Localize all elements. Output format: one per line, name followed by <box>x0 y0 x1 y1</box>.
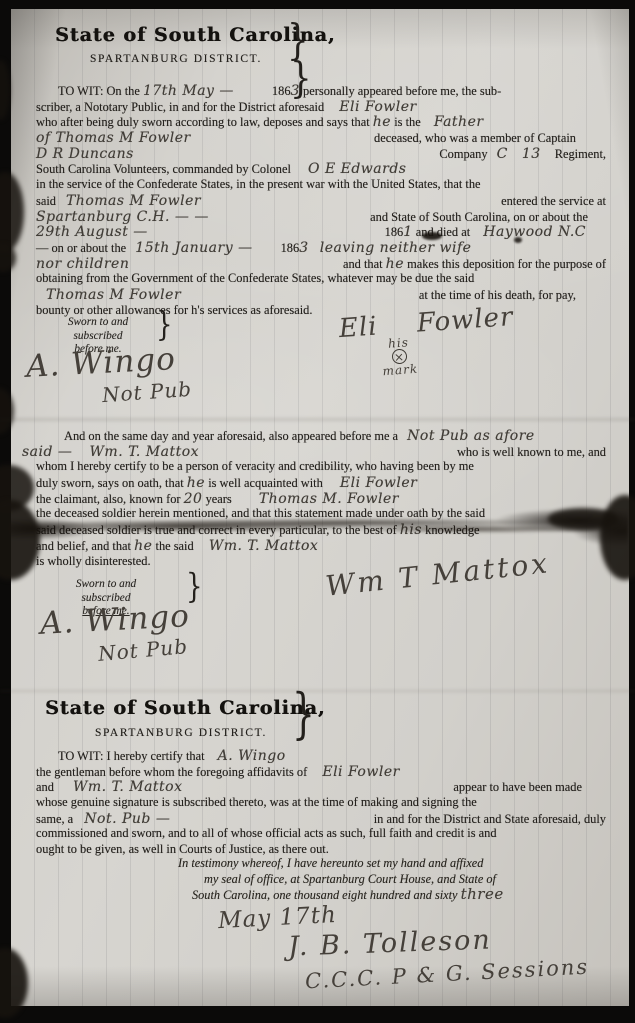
form-line: commissioned and sworn, and to all of wh… <box>36 826 606 842</box>
form-line: nor childrenand that he makes this depos… <box>36 256 606 272</box>
hw-soldier-name: Thomas M. Fowler <box>259 491 399 507</box>
hw-soldier-name: Thomas M Fowler <box>66 193 201 209</box>
hw-death-date: 15th January — <box>135 240 252 256</box>
hw-notary-capacity: said — <box>22 444 72 460</box>
hw-notary-capacity: Not Pub as afore <box>407 428 535 444</box>
form-line: Spartanburg C.H. — —and State of South C… <box>36 209 606 225</box>
brace-glyph: } <box>292 684 315 746</box>
hw-year-digit: 3 <box>291 83 300 99</box>
hw-pronoun: he <box>386 256 404 272</box>
hw-soldier-name: Thomas M Fowler <box>46 287 181 303</box>
hw-notary-capacity: Not. Pub — <box>84 811 170 827</box>
fold-crease <box>0 418 635 421</box>
hw-year-digit: 1 <box>403 224 412 240</box>
district-heading-2: SPARTANBURG DISTRICT. <box>95 727 267 739</box>
form-line: and Wm. T. Mattoxappear to have been mad… <box>36 779 606 795</box>
hw-claimant-name: Eli Fowler <box>340 475 417 491</box>
state-heading-2: State of South Carolina, <box>45 697 325 719</box>
form-line: South Carolina Volunteers, commanded by … <box>36 161 606 177</box>
hw-regiment-no: 13 <box>522 146 541 162</box>
form-line: in the service of the Confederate States… <box>36 177 606 193</box>
form-line: Thomas M Fowlerat the time of his death,… <box>36 287 606 303</box>
hw-notary-name: A. Wingo <box>218 748 286 764</box>
form-line: And on the same day and year aforesaid, … <box>36 428 606 444</box>
claimant-signature: Elihis×markFowler <box>338 302 517 380</box>
affidavit1-body: TO WIT: On the 17th May —1863 personally… <box>36 83 606 318</box>
hw-death-place: Haywood N.C <box>483 224 586 240</box>
form-line: same, a Not. Pub —in and for the Distric… <box>36 811 606 827</box>
hw-year-digit: 3 <box>299 240 308 256</box>
affidavit2-body: And on the same day and year aforesaid, … <box>36 428 606 569</box>
certification-body: TO WIT: I hereby certify that A. Wingo t… <box>36 748 606 858</box>
form-line: scriber, a Nototary Public, in and for t… <box>36 99 606 115</box>
hw-captain-name: D R Duncans <box>36 146 134 162</box>
brace-glyph: } <box>156 306 173 345</box>
testimony-clause: In testimony whereof, I have hereunto se… <box>178 856 504 904</box>
form-line: said — Wm. T. Mattoxwho is well known to… <box>36 444 606 460</box>
tear-stain-band <box>8 506 628 548</box>
hw-colonel-name: O E Edwards <box>308 161 406 177</box>
hw-company: C <box>497 146 508 162</box>
form-line: of Thomas M Fowlerdeceased, who was a me… <box>36 130 606 146</box>
hw-year-word: three <box>461 885 504 903</box>
hw-enlist-date: 29th August — <box>36 224 148 240</box>
hw-witness-name: Wm. T. Mattox <box>90 444 200 460</box>
stain <box>0 60 10 120</box>
hw-relation: Father <box>434 114 484 130</box>
hw-witness-name: Wm. T. Mattox <box>73 779 183 795</box>
hw-pronoun: he <box>373 114 391 130</box>
fold-crease <box>0 690 635 692</box>
form-line: D R DuncansCompany C13Regiment, <box>36 146 606 162</box>
form-line: the gentleman before whom the foregoing … <box>36 764 606 780</box>
hw-survivors: leaving neither wife <box>320 240 472 256</box>
hw-date: 17th May — <box>143 83 234 99</box>
stain <box>548 508 618 530</box>
hw-soldier-name: of Thomas M Fowler <box>36 130 191 146</box>
hw-enlist-place: Spartanburg C.H. — — <box>36 209 209 225</box>
hw-years-known: 20 <box>184 491 203 507</box>
form-line: obtaining from the Government of the Con… <box>36 271 606 287</box>
his-mark: his×mark <box>380 336 418 377</box>
form-line: whose genuine signature is subscribed th… <box>36 795 606 811</box>
hw-pronoun: he <box>187 475 205 491</box>
ink-blot <box>514 237 522 243</box>
document-scan: State of South Carolina, } } SPARTANBURG… <box>0 0 635 1023</box>
form-line: the claimant, also, known for 20 years T… <box>36 491 606 507</box>
district-heading-1: SPARTANBURG DISTRICT. <box>90 53 262 65</box>
form-line: duly sworn, says on oath, that he is wel… <box>36 475 606 491</box>
form-line: TO WIT: I hereby certify that A. Wingo <box>36 748 606 764</box>
hw-claimant-name: Eli Fowler <box>339 99 416 115</box>
form-line: whom I hereby certify to be a person of … <box>36 459 606 475</box>
hw-claimant-name: Eli Fowler <box>322 764 399 780</box>
form-line: saidThomas M Fowlerentered the service a… <box>36 193 606 209</box>
form-line: who after being duly sworn according to … <box>36 114 606 130</box>
ink-blot <box>422 232 442 240</box>
hw-survivors: nor children <box>36 256 129 272</box>
form-line: TO WIT: On the 17th May —1863 personally… <box>36 83 606 99</box>
